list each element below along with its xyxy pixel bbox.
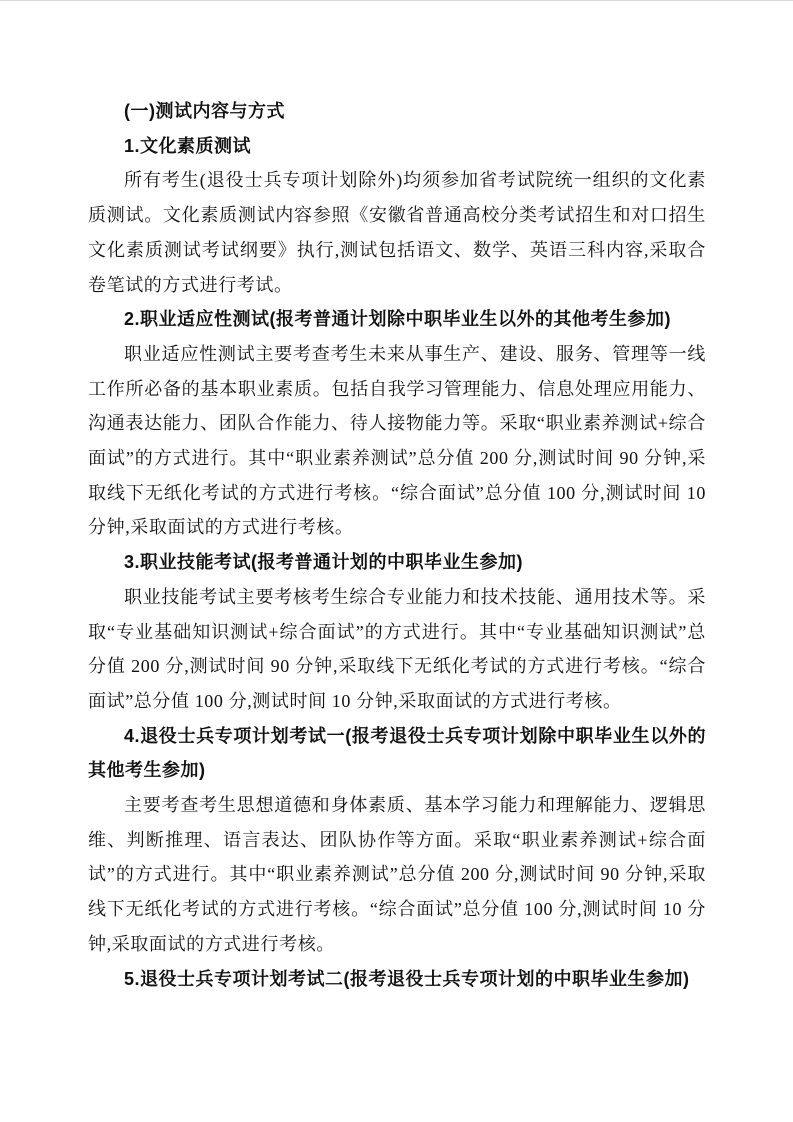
paragraph: 职业技能考试主要考核考生综合专业能力和技术技能、通用技术等。采取“专业基础知识测… — [88, 580, 706, 719]
subsection-veterans-exam-one: 4.退役士兵专项计划考试一(报考退役士兵专项计划除中职毕业生以外的其他考生参加)… — [88, 719, 706, 962]
subsection-vocational-skills-exam: 3.职业技能考试(报考普通计划的中职毕业生参加) 职业技能考试主要考核考生综合专… — [88, 545, 706, 719]
subsection-heading-2: 2.职业适应性测试(报考普通计划除中职毕业生以外的其他考生参加) — [88, 302, 706, 337]
document-content: (一)测试内容与方式 1.文化素质测试 所有考生(退役士兵专项计划除外)均须参加… — [88, 94, 706, 996]
subsection-heading-4: 4.退役士兵专项计划考试一(报考退役士兵专项计划除中职毕业生以外的其他考生参加) — [88, 719, 706, 788]
document-page: (一)测试内容与方式 1.文化素质测试 所有考生(退役士兵专项计划除外)均须参加… — [0, 0, 793, 1122]
subsection-heading-3: 3.职业技能考试(报考普通计划的中职毕业生参加) — [88, 545, 706, 580]
subsection-heading-1: 1.文化素质测试 — [88, 129, 706, 164]
subsection-heading-5: 5.退役士兵专项计划考试二(报考退役士兵专项计划的中职毕业生参加) — [88, 962, 706, 997]
section-heading: (一)测试内容与方式 — [88, 94, 706, 129]
subsection-veterans-exam-two: 5.退役士兵专项计划考试二(报考退役士兵专项计划的中职毕业生参加) — [88, 962, 706, 997]
paragraph: 主要考查考生思想道德和身体素质、基本学习能力和理解能力、逻辑思维、判断推理、语言… — [88, 788, 706, 962]
paragraph: 职业适应性测试主要考查考生未来从事生产、建设、服务、管理等一线工作所必备的基本职… — [88, 337, 706, 545]
paragraph: 所有考生(退役士兵专项计划除外)均须参加省考试院统一组织的文化素质测试。文化素质… — [88, 163, 706, 302]
subsection-vocational-aptitude-test: 2.职业适应性测试(报考普通计划除中职毕业生以外的其他考生参加) 职业适应性测试… — [88, 302, 706, 545]
subsection-culture-test: 1.文化素质测试 所有考生(退役士兵专项计划除外)均须参加省考试院统一组织的文化… — [88, 129, 706, 303]
